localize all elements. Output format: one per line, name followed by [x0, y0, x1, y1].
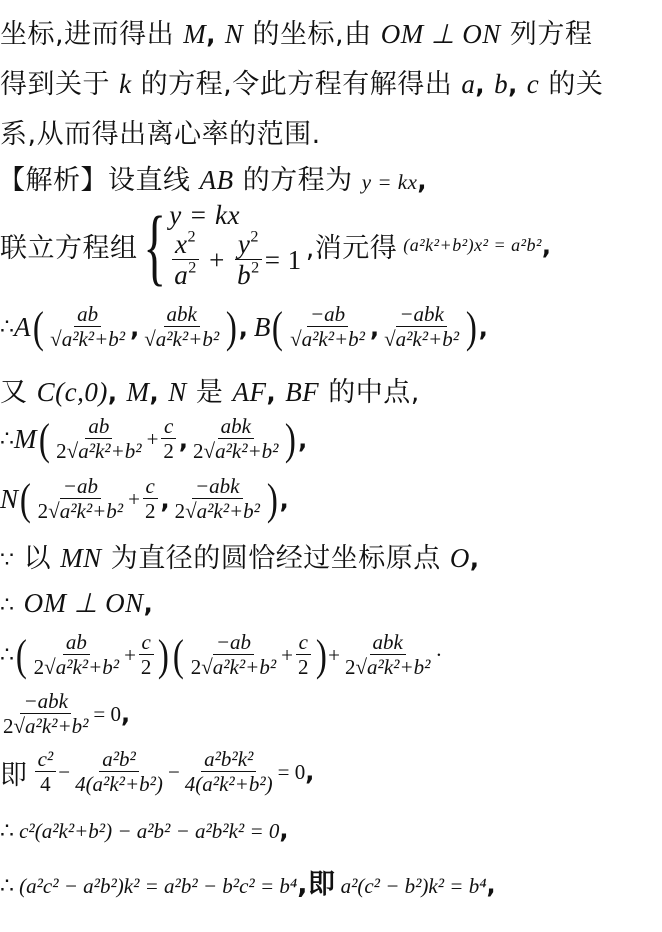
comma: , [475, 71, 485, 99]
text: 联立方程组 [0, 226, 138, 265]
intro-line-3: 系,从而得出离心率的范围. [0, 112, 321, 151]
text: 列方程 [510, 19, 593, 50]
math-A: A [14, 312, 31, 343]
comma: , [206, 21, 216, 49]
math-N: N [225, 19, 244, 49]
point-m-line: ∴ M ( ab2√a²k²+b² + c2 , abk2√a²k²+b² ), [0, 414, 307, 465]
point-n-line: N ( −ab2√a²k²+b² + c2 , −abk2√a²k²+b² ), [0, 474, 289, 525]
equation-1: y = kx [169, 200, 301, 230]
math-eliminated-eq: (a²k²+b²)x² = a²b² [403, 235, 542, 256]
analysis-label: 【解析】 [0, 165, 108, 196]
text: 得到关于 [0, 69, 110, 100]
text: ,消元得 [306, 226, 398, 265]
left-brace-icon: { [143, 203, 166, 289]
equation-2: x2a2 + y2b2 = 1 [169, 230, 301, 291]
text: 设直线 [108, 165, 191, 196]
math-b: b [494, 69, 508, 99]
intro-line-1: 坐标,进而得出 M, N 的坐标,由 OM ⊥ ON 列方程 [0, 12, 592, 51]
text: 的方程为 [243, 165, 353, 196]
therefore-icon: ∴ [0, 315, 14, 340]
math-M: M [14, 424, 37, 455]
math-C: C(c,0) [37, 377, 108, 407]
text: 的坐标,由 [253, 19, 372, 50]
math-line-eq: y = kx [362, 170, 418, 194]
because-icon: ∵ [0, 548, 15, 573]
comma: , [542, 232, 552, 260]
expanded-line: ∴ c²(a²k²+b²) − a²b² − a²b²k² = 0, [0, 816, 289, 844]
text: 坐标,进而得出 [0, 19, 174, 50]
analysis-line-ab: 【解析】设直线 AB 的方程为 y = kx, [0, 158, 427, 197]
text: 的方程,令此方程有解得出 [141, 69, 453, 100]
left-paren-icon: ( [32, 302, 43, 353]
circle-line: ∵ 以 MN 为直径的圆恰经过坐标原点 O, [0, 536, 480, 575]
math-AB: AB [200, 165, 234, 195]
points-ab-line: ∴ A ( ab√a²k²+b² , abk√a²k²+b² ), B ( −a… [0, 302, 488, 353]
text: 系,从而得出离心率的范围. [0, 119, 321, 150]
left-paren-icon: ( [272, 302, 283, 353]
comma: , [508, 71, 518, 99]
text: 的关 [548, 69, 603, 100]
right-paren-icon: ) [226, 302, 237, 353]
math-perp: OM ⊥ ON [381, 19, 501, 49]
right-paren-icon: ) [466, 302, 477, 353]
midpoint-line: 又 C(c,0), M, N 是 AF, BF 的中点, [0, 370, 420, 409]
perpendicular-line: ∴ OM ⊥ ON, [0, 588, 153, 619]
math-N: N [0, 484, 18, 515]
simplified-line: 即 c²4 − a²b²4(a²k²+b²) − a²b²k²4(a²k²+b²… [0, 748, 314, 796]
intro-line-2: 得到关于 k 的方程,令此方程有解得出 a, b, c 的关 [0, 62, 603, 101]
equation-system: y = kx x2a2 + y2b2 = 1 [169, 200, 301, 291]
math-c: c [527, 69, 539, 99]
math-M: M [183, 19, 206, 49]
final-line: ∴ (a²c² − a²b²)k² = a²b² − b²c² = b⁴,即 a… [0, 862, 496, 901]
comma: , [417, 167, 427, 195]
math-B: B [254, 312, 271, 343]
system-line: 联立方程组 { y = kx x2a2 + y2b2 = 1 ,消元得 (a²k… [0, 200, 552, 291]
dot-product-line-2: −abk2√a²k²+b² = 0, [0, 690, 130, 738]
math-k: k [119, 69, 131, 99]
math-a: a [461, 69, 475, 99]
dot-product-line: ∴ ( ab2√a²k²+b² + c2 )( −ab2√a²k²+b² + c… [0, 630, 442, 681]
